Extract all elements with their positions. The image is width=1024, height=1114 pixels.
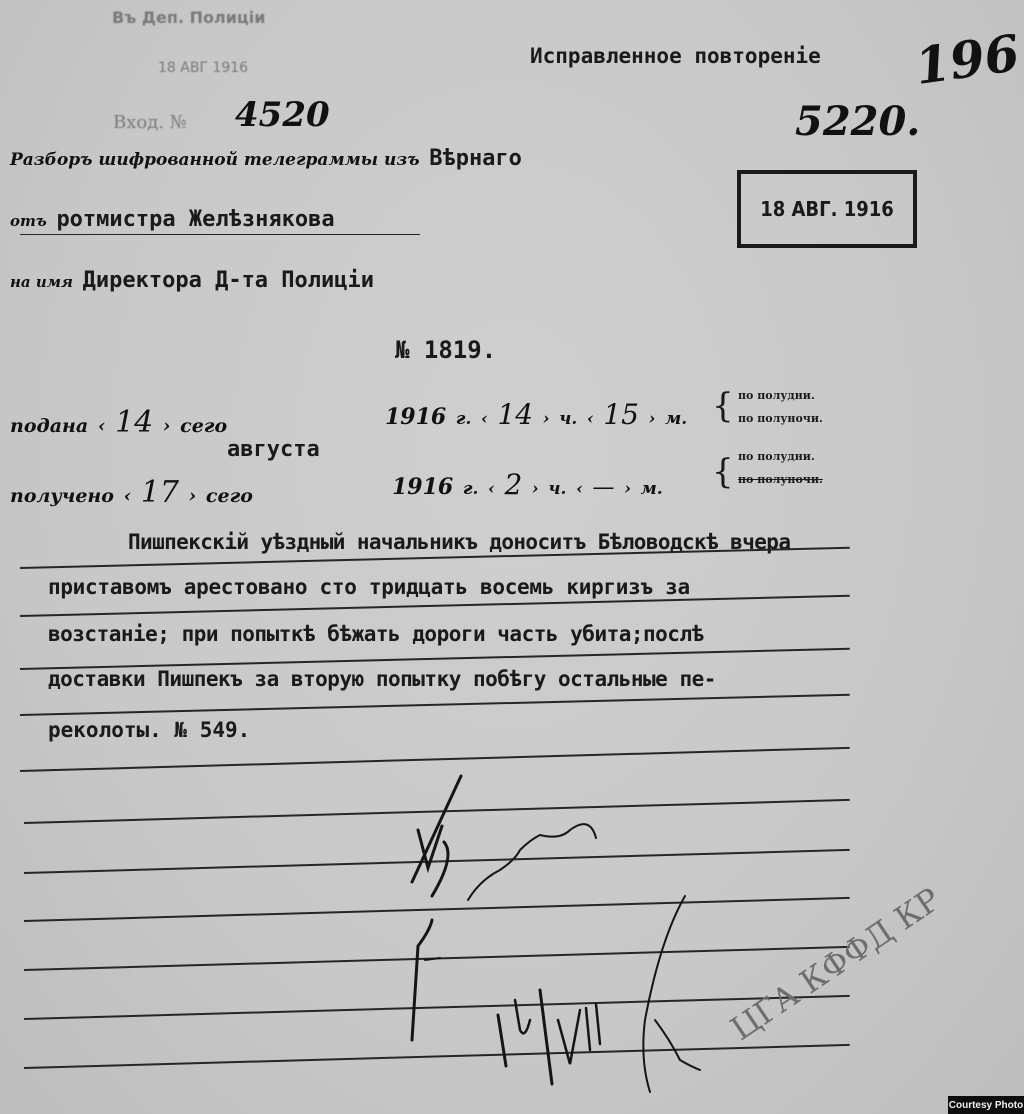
addressing-line-sender: отъ ротмистра Желѣзнякова	[10, 207, 335, 232]
resolution-mark-text: IV	[420, 830, 421, 831]
rule-line	[24, 799, 850, 824]
hour-suffix: ч.	[559, 409, 577, 429]
photo-credit-badge: Courtesy Photo	[948, 1096, 1024, 1114]
rule-line	[20, 234, 420, 235]
minute-suffix: м.	[665, 409, 687, 429]
received-stamp-date: 18 АВГ. 1916	[760, 197, 894, 221]
submitted-hour: 14	[497, 398, 533, 431]
received-option-pm: по полудни.	[738, 450, 815, 463]
rule-line	[24, 897, 850, 922]
submitted-suffix: сего	[180, 415, 227, 437]
quote-close: ›	[543, 409, 550, 429]
body-line-3: возстаніе; при попыткѣ бѣжать дороги час…	[48, 622, 704, 646]
recipient-value: Директора Д-та Полиціи	[83, 268, 374, 293]
rule-line	[24, 1044, 850, 1069]
rule-line	[20, 694, 850, 716]
year-suffix: г.	[456, 409, 471, 429]
received-row: получено ‹ 17 › сего	[10, 475, 253, 510]
submitted-option-am: по полуночи.	[738, 412, 823, 425]
body-line-2: приставомъ арестовано сто тридцать восем…	[48, 575, 690, 599]
faded-stamp-date: 18 АВГ 1916	[158, 60, 248, 76]
quote-close: ›	[532, 479, 539, 499]
received-suffix: сего	[206, 485, 253, 507]
archive-watermark: ЦГА КФФД КР	[724, 880, 947, 1048]
quote-close: ›	[624, 479, 631, 499]
received-date-stamp: 18 АВГ. 1916	[737, 170, 917, 248]
submitted-row: подана ‹ 14 › сего	[10, 405, 227, 440]
faded-stamp: Въ Деп. Полиціи	[112, 8, 265, 27]
submitted-day: 14	[115, 405, 153, 440]
submitted-label: подана	[10, 415, 88, 437]
quote-open: ‹	[488, 479, 495, 499]
faded-stamp-text: Въ Деп. Полиціи	[112, 8, 265, 27]
addressing-label-2: отъ	[10, 212, 47, 230]
submitted-year: 1916	[385, 404, 446, 430]
addressing-line-recipient: на имя Директора Д-та Полиціи	[10, 268, 374, 293]
sender-value: ротмистра Желѣзнякова	[56, 207, 334, 232]
incoming-label: Вход. №	[113, 112, 187, 133]
addressing-label-1: Разборъ шифрованной телеграммы изъ	[10, 150, 420, 170]
quote-open: ‹	[124, 485, 132, 507]
telegram-number: № 1819.	[395, 336, 496, 364]
telegram-document: Въ Деп. Полиціи 18 АВГ 1916 Вход. № 4520…	[0, 0, 1024, 1114]
city-value: Вѣрнаго	[429, 146, 522, 171]
brace-received: {	[712, 452, 734, 492]
handwritten-date: 17/VIII	[500, 1010, 504, 1011]
submitted-option-pm: по полудни.	[738, 389, 815, 402]
quote-close: ›	[189, 485, 197, 507]
rule-line	[24, 946, 850, 971]
rule-line	[24, 849, 850, 874]
received-day: 17	[141, 475, 179, 510]
quote-open: ‹	[481, 409, 488, 429]
quote-close: ›	[649, 409, 656, 429]
rule-line	[20, 747, 850, 772]
quote-open: ‹	[587, 409, 594, 429]
quote-open: ‹	[576, 479, 583, 499]
brace-submitted: {	[712, 386, 734, 426]
received-label: получено	[10, 485, 114, 507]
body-line-4: доставки Пишпекъ за вторую попытку побѣг…	[48, 667, 716, 691]
minute-suffix: м.	[641, 479, 663, 499]
reference-number: 5220.	[795, 98, 920, 145]
month-value: августа	[227, 437, 320, 462]
incoming-number: 4520	[235, 95, 330, 135]
submitted-minute: 15	[603, 398, 639, 431]
quote-open: ‹	[98, 415, 106, 437]
quote-close: ›	[163, 415, 171, 437]
addressing-label-3: на имя	[10, 273, 73, 291]
addressing-line-from-city: Разборъ шифрованной телеграммы изъ Вѣрна…	[10, 146, 522, 171]
received-minute: —	[593, 475, 615, 500]
body-line-5: реколоты. № 549.	[48, 718, 250, 742]
corrected-repeat-label: Исправленное повтореніе	[530, 44, 821, 68]
handwritten-note: К свѣд-ю	[462, 900, 467, 901]
received-time: 1916 г. ‹ 2 › ч. ‹ — › м.	[392, 468, 663, 501]
corner-number: 196	[911, 23, 1023, 96]
received-option-am-struck: по полуночи.	[738, 473, 823, 486]
hour-suffix: ч.	[548, 479, 566, 499]
year-suffix: г.	[463, 479, 478, 499]
submitted-time: 1916 г. ‹ 14 › ч. ‹ 15 › м.	[385, 398, 687, 431]
received-hour: 2	[504, 468, 522, 501]
received-year: 1916	[392, 474, 453, 500]
